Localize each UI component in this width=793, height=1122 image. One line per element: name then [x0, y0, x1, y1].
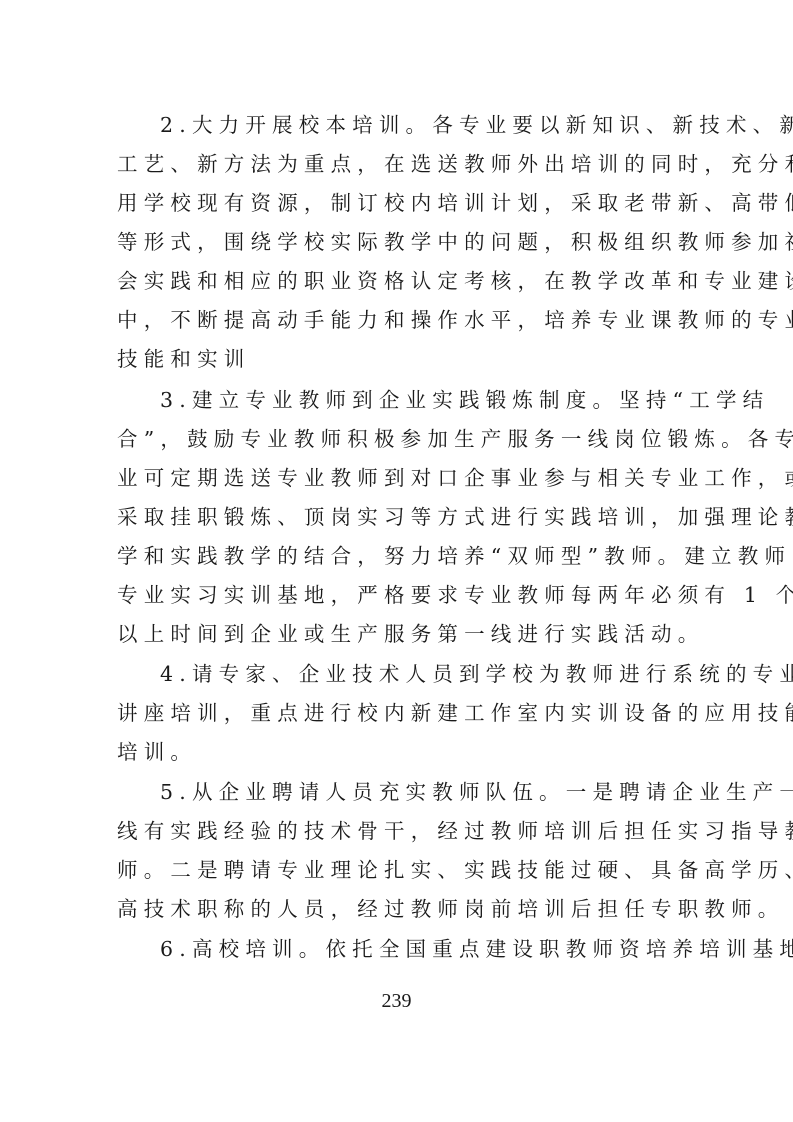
text-line: 2.大力开展校本培训。各专业要以新知识、新技术、新 — [160, 110, 720, 140]
text-line: 技能和实训 — [117, 344, 677, 374]
text-line: 会实践和相应的职业资格认定考核，在教学改革和专业建设 — [117, 266, 677, 296]
text-line: 6.高校培训。依托全国重点建设职教师资培养培训基地 — [160, 934, 720, 964]
text-line: 专业实习实训基地，严格要求专业教师每两年必须有 1 个月 — [117, 580, 677, 610]
text-line: 高技术职称的人员，经过教师岗前培训后担任专职教师。 — [117, 894, 677, 924]
text-line: 用学校现有资源，制订校内培训计划，采取老带新、高带低 — [117, 188, 677, 218]
text-line: 3.建立专业教师到企业实践锻炼制度。坚持“工学结 — [160, 385, 720, 415]
text-line: 培训。 — [117, 737, 677, 767]
text-line: 5.从企业聘请人员充实教师队伍。一是聘请企业生产一 — [160, 777, 720, 807]
text-line: 合”，鼓励专业教师积极参加生产服务一线岗位锻炼。各专 — [117, 424, 677, 454]
text-line: 业可定期选送专业教师到对口企事业参与相关专业工作，或 — [117, 463, 677, 493]
text-line: 讲座培训，重点进行校内新建工作室内实训设备的应用技能 — [117, 698, 677, 728]
text-line: 等形式，围绕学校实际教学中的问题，积极组织教师参加社 — [117, 227, 677, 257]
text-line: 线有实践经验的技术骨干，经过教师培训后担任实习指导教 — [117, 816, 677, 846]
page-number: 239 — [0, 990, 793, 1013]
text-line: 4.请专家、企业技术人员到学校为教师进行系统的专业 — [160, 659, 720, 689]
text-line: 中，不断提高动手能力和操作水平，培养专业课教师的专业 — [117, 305, 677, 335]
text-line: 工艺、新方法为重点，在选送教师外出培训的同时，充分利 — [117, 149, 677, 179]
text-line: 学和实践教学的结合，努力培养“双师型”教师。建立教师 — [117, 541, 677, 571]
text-line: 以上时间到企业或生产服务第一线进行实践活动。 — [117, 619, 677, 649]
document-page: 2.大力开展校本培训。各专业要以新知识、新技术、新 工艺、新方法为重点，在选送教… — [0, 0, 793, 1122]
text-line: 师。二是聘请专业理论扎实、实践技能过硬、具备高学历、 — [117, 855, 677, 885]
text-line: 采取挂职锻炼、顶岗实习等方式进行实践培训，加强理论教 — [117, 502, 677, 532]
